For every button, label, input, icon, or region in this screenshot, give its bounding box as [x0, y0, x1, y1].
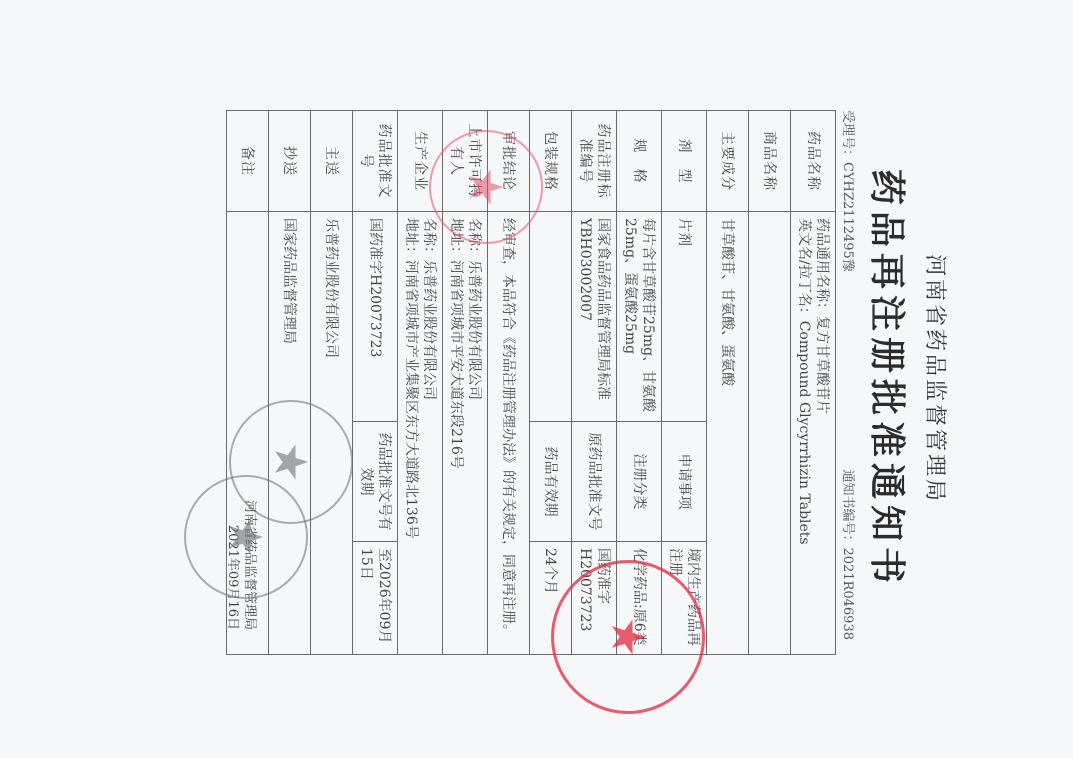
label-registration-category: 注册分类 [617, 422, 662, 542]
english-name: 英文名/拉丁名：Compound Glycyrrhizin Tablets [795, 218, 813, 648]
value-application-item: 境内生产药品再注册 [662, 542, 707, 655]
value-trade-name [749, 212, 791, 655]
label-drug-name: 药品名称 [791, 111, 836, 212]
value-approval-validity: 至2026年09月15日 [353, 542, 398, 655]
signature-issuer: 河南省药品监督管理局 [241, 460, 258, 630]
label-standard-no: 药品注册标准编号 [572, 111, 617, 212]
value-dosage-form: 片剂 [662, 212, 707, 422]
label-mah: 上市许可持有人 [443, 111, 488, 212]
label-conclusion: 审批结论 [488, 111, 530, 212]
value-standard-no: 国家食品药品监督管理局标准YBH03002007 [572, 212, 617, 422]
row-main-ingredients: 主要成分 甘草酸苷、甘氨酸、蛋氨酸 [707, 111, 749, 655]
row-drug-name: 药品名称 药品通用名称：复方甘草酸苷片 英文名/拉丁名：Compound Gly… [791, 111, 836, 655]
row-conclusion: 审批结论 经审查，本品符合《药品注册管理办法》的有关规定，同意再注册。 [488, 111, 530, 655]
row-packaging: 包装规格 药品有效期 24个月 [530, 111, 572, 655]
label-shelf-life: 药品有效期 [530, 422, 572, 542]
value-approval-no: 国药准字H20073723 [353, 212, 398, 422]
row-standard-no: 药品注册标准编号 国家食品药品监督管理局标准YBH03002007 原药品批准文… [572, 111, 617, 655]
mah-address: 地址：河南省项城市平安大道东段216号 [447, 218, 465, 648]
value-packaging [530, 212, 572, 422]
row-mah: 上市许可持有人 名称：乐普药业股份有限公司 地址：河南省项城市平安大道东段216… [443, 111, 488, 655]
label-dosage-form: 剂 型 [662, 111, 707, 212]
value-shelf-life: 24个月 [530, 542, 572, 655]
issuing-agency: 河南省药品监督管理局 [921, 0, 952, 758]
label-packaging: 包装规格 [530, 111, 572, 212]
label-specification: 规 格 [617, 111, 662, 212]
row-cc: 抄送 国家药品监督管理局 [269, 111, 311, 655]
value-manufacturer: 名称：乐普药业股份有限公司 地址：河南省项城市产业集聚区东方大道路北136号 [398, 212, 443, 655]
value-registration-category: 化学药品:原6类 [617, 542, 662, 655]
approval-table: 药品名称 药品通用名称：复方甘草酸苷片 英文名/拉丁名：Compound Gly… [226, 110, 836, 655]
label-main-recipient: 主送 [311, 111, 353, 212]
signature-date: 2021年09月16日 [224, 460, 241, 630]
label-trade-name: 商品名称 [749, 111, 791, 212]
label-main-ingredients: 主要成分 [707, 111, 749, 212]
rotated-document-page: 河南省药品监督管理局 药品再注册批准通知书 受理号：CYHZ2112495豫 通… [0, 0, 1073, 758]
document-meta: 受理号：CYHZ2112495豫 通知书编号：2021R046938 [840, 110, 859, 640]
notice-number: 通知书编号：2021R046938 [840, 469, 859, 640]
row-dosage-form: 剂 型 片剂 申请事项 境内生产药品再注册 [662, 111, 707, 655]
acceptance-number: 受理号：CYHZ2112495豫 [840, 110, 859, 272]
signature-block: 河南省药品监督管理局 2021年09月16日 [224, 460, 258, 630]
value-conclusion: 经审查，本品符合《药品注册管理办法》的有关规定，同意再注册。 [488, 212, 530, 655]
value-cc: 国家药品监督管理局 [269, 212, 311, 655]
label-approval-validity: 药品批准文号有效期 [353, 422, 398, 542]
label-manufacturer: 生产企业 [398, 111, 443, 212]
label-application-item: 申请事项 [662, 422, 707, 542]
value-main-recipient: 乐普药业股份有限公司 [311, 212, 353, 655]
value-original-approval-no: 国药准字H20073723 [572, 542, 617, 655]
row-approval-no: 药品批准文号 国药准字H20073723 药品批准文号有效期 至2026年09月… [353, 111, 398, 655]
value-main-ingredients: 甘草酸苷、甘氨酸、蛋氨酸 [707, 212, 749, 655]
manufacturer-address: 地址：河南省项城市产业集聚区东方大道路北136号 [402, 218, 420, 648]
label-original-approval-no: 原药品批准文号 [572, 422, 617, 542]
label-approval-no: 药品批准文号 [353, 111, 398, 212]
value-drug-name: 药品通用名称：复方甘草酸苷片 英文名/拉丁名：Compound Glycyrrh… [791, 212, 836, 655]
generic-name: 药品通用名称：复方甘草酸苷片 [813, 218, 831, 648]
row-trade-name: 商品名称 [749, 111, 791, 655]
value-specification: 每片含甘草酸苷25mg、甘氨酸25mg、蛋氨酸25mg [617, 212, 662, 422]
manufacturer-name: 名称：乐普药业股份有限公司 [420, 218, 438, 648]
mah-name: 名称：乐普药业股份有限公司 [465, 218, 483, 648]
value-mah: 名称：乐普药业股份有限公司 地址：河南省项城市平安大道东段216号 [443, 212, 488, 655]
row-main-recipient: 主送 乐普药业股份有限公司 [311, 111, 353, 655]
label-cc: 抄送 [269, 111, 311, 212]
document-title: 药品再注册批准通知书 [864, 0, 915, 758]
row-manufacturer: 生产企业 名称：乐普药业股份有限公司 地址：河南省项城市产业集聚区东方大道路北1… [398, 111, 443, 655]
label-remarks: 备注 [227, 111, 269, 212]
row-specification: 规 格 每片含甘草酸苷25mg、甘氨酸25mg、蛋氨酸25mg 注册分类 化学药… [617, 111, 662, 655]
